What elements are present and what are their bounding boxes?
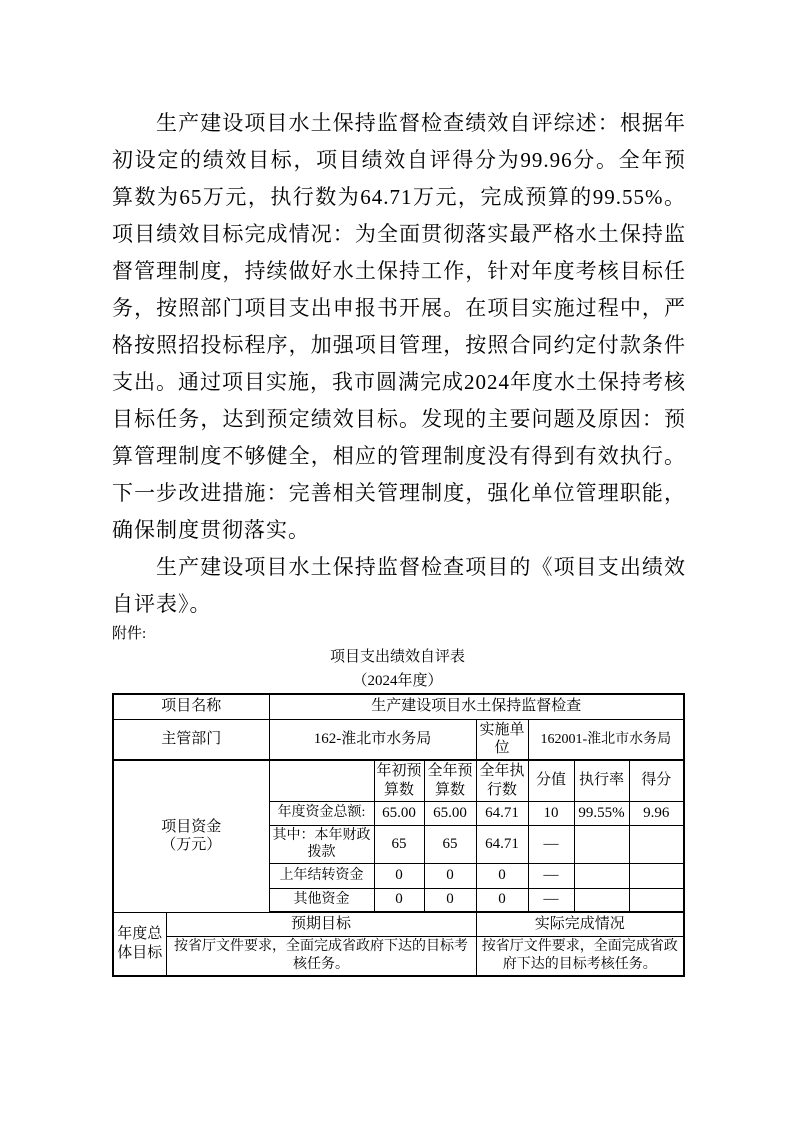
cell-score-weight: — [528, 863, 574, 888]
attachment-label: 附件: [112, 623, 686, 645]
cell-year-exec: 64.71 [476, 825, 528, 863]
col-header-begin-budget: 年初预算数 [374, 760, 424, 801]
cell-begin-budget: 65 [374, 825, 424, 863]
cell-year-budget: 65 [424, 825, 476, 863]
cell-impl-unit-label: 实施单位 [476, 719, 528, 760]
table-title: 项目支出绩效自评表 [112, 645, 683, 669]
cell-row-label: 其中：本年财政拨款 [269, 825, 374, 863]
cell-actual-result-text: 按省厅文件要求，全面完成省政府下达的目标考核任务。 [476, 936, 684, 976]
performance-self-eval-table: 项目名称 生产建设项目水土保持监督检查 主管部门 162-淮北市水务局 实施单位… [112, 693, 685, 977]
summary-paragraph: 生产建设项目水土保持监督检查绩效自评综述：根据年初设定的绩效目标，项目绩效自评得… [112, 105, 686, 549]
cell-score-weight: — [528, 888, 574, 912]
col-header-year-exec: 全年执行数 [476, 760, 528, 801]
col-header-score: 得分 [629, 760, 684, 801]
cell-dept-label: 主管部门 [113, 719, 269, 760]
cell-year-exec: 64.71 [476, 801, 528, 825]
cell-blank-corner [269, 760, 374, 801]
col-header-exec-rate: 执行率 [574, 760, 629, 801]
cell-begin-budget: 0 [374, 888, 424, 912]
cell-exec-rate [574, 863, 629, 888]
cell-year-exec: 0 [476, 888, 528, 912]
cell-begin-budget: 65.00 [374, 801, 424, 825]
cell-score [629, 825, 684, 863]
cell-year-budget: 0 [424, 863, 476, 888]
document-page: 生产建设项目水土保持监督检查绩效自评综述：根据年初设定的绩效目标，项目绩效自评得… [0, 0, 793, 1122]
cell-row-label: 上年结转资金 [269, 863, 374, 888]
cell-exec-rate: 99.55% [574, 801, 629, 825]
cell-impl-unit-value: 162001-淮北市水务局 [528, 719, 684, 760]
cell-project-funding-label: 项目资金 （万元） [113, 760, 269, 912]
cell-dept-value: 162-淮北市水务局 [269, 719, 476, 760]
cell-score-weight: 10 [528, 801, 574, 825]
table-subtitle: （2024年度） [112, 669, 683, 693]
document-content: 生产建设项目水土保持监督检查绩效自评综述：根据年初设定的绩效目标，项目绩效自评得… [112, 105, 686, 977]
cell-score [629, 888, 684, 912]
cell-begin-budget: 0 [374, 863, 424, 888]
cell-score [629, 863, 684, 888]
cell-expected-goal-header: 预期目标 [166, 912, 476, 936]
cell-year-exec: 0 [476, 863, 528, 888]
col-header-score-weight: 分值 [528, 760, 574, 801]
cell-actual-result-header: 实际完成情况 [476, 912, 684, 936]
cell-exec-rate [574, 825, 629, 863]
cell-expected-goal-text: 按省厅文件要求，全面完成省政府下达的目标考核任务。 [166, 936, 476, 976]
cell-project-name-label: 项目名称 [113, 694, 269, 719]
cell-row-label: 其他资金 [269, 888, 374, 912]
table-reference-paragraph: 生产建设项目水土保持监督检查项目的《项目支出绩效自评表》。 [112, 549, 686, 623]
cell-year-budget: 65.00 [424, 801, 476, 825]
cell-annual-goal-label: 年度总体目标 [113, 912, 166, 976]
col-header-year-budget: 全年预算数 [424, 760, 476, 801]
cell-exec-rate [574, 888, 629, 912]
cell-project-name-value: 生产建设项目水土保持监督检查 [269, 694, 684, 719]
cell-score-weight: — [528, 825, 574, 863]
cell-row-label: 年度资金总额: [269, 801, 374, 825]
cell-score: 9.96 [629, 801, 684, 825]
cell-year-budget: 0 [424, 888, 476, 912]
